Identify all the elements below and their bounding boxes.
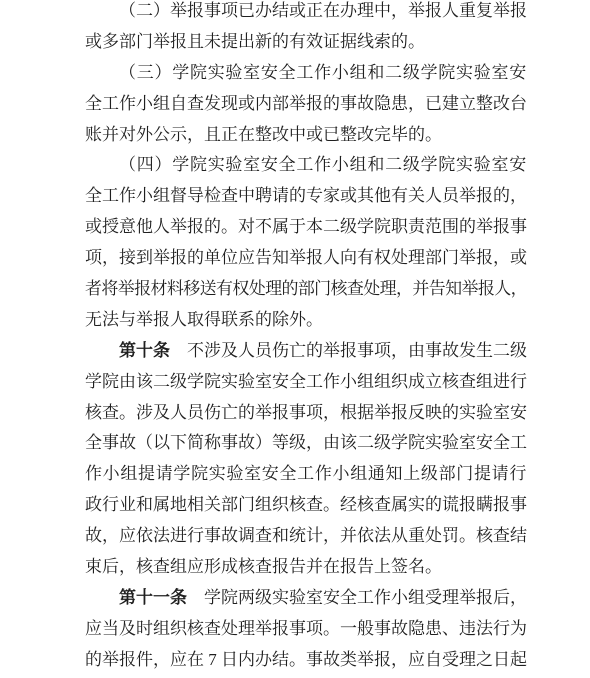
line-runs: 第十条 不涉及人员伤亡的举报事项，由事故发生二级 bbox=[119, 341, 527, 360]
text-line: 学院由该二级学院实验室安全工作小组组织成立核查组进行 bbox=[85, 367, 527, 398]
text-run: 学院两级实验室安全工作小组受理举报后， bbox=[187, 588, 527, 607]
text-line: 者将举报材料移送有权处理的部门核查处理，并告知举报人， bbox=[85, 274, 527, 305]
text-line: 全工作小组自查发现或内部举报的事故隐患，已建立整改台 bbox=[85, 89, 527, 120]
text-run: 项，接到举报的单位应告知举报人向有权处理部门举报，或 bbox=[85, 248, 527, 267]
line-runs: 全工作小组督导检查中聘请的专家或其他有关人员举报的， bbox=[85, 186, 527, 205]
line-runs: 学院由该二级学院实验室安全工作小组组织成立核查组进行 bbox=[85, 372, 527, 391]
line-runs: 或多部门举报且未提出新的有效证据线索的。 bbox=[85, 32, 425, 51]
text-run: （四）学院实验室安全工作小组和二级学院实验室安 bbox=[119, 155, 527, 174]
line-runs: 应当及时组织核查处理举报事项。一般事故隐患、违法行为 bbox=[85, 619, 527, 638]
text-run: 的举报件，应在 7 日内办结。事故类举报，应自受理之日起 bbox=[85, 650, 527, 669]
text-run: 作小组提请学院实验室安全工作小组通知上级部门提请行 bbox=[85, 464, 527, 483]
article-number: 第十一条 bbox=[119, 588, 187, 607]
line-runs: 的举报件，应在 7 日内办结。事故类举报，应自受理之日起 bbox=[85, 650, 527, 669]
text-run: 核查。涉及人员伤亡的举报事项，根据举报反映的实验室安 bbox=[85, 403, 527, 422]
document-page: （二）举报事项已办结或正在办理中，举报人重复举报或多部门举报且未提出新的有效证据… bbox=[0, 0, 590, 678]
text-line: 或授意他人举报的。对不属于本二级学院职责范围的举报事 bbox=[85, 212, 527, 243]
line-runs: （二）举报事项已办结或正在办理中，举报人重复举报 bbox=[119, 1, 527, 20]
line-runs: 束后，核查组应形成核查报告并在报告上签名。 bbox=[85, 557, 442, 576]
text-line: 账并对外公示，且正在整改中或已整改完毕的。 bbox=[85, 120, 527, 151]
line-runs: （三）学院实验室安全工作小组和二级学院实验室安 bbox=[119, 63, 527, 82]
line-runs: 者将举报材料移送有权处理的部门核查处理，并告知举报人， bbox=[85, 279, 527, 298]
text-run: 应当及时组织核查处理举报事项。一般事故隐患、违法行为 bbox=[85, 619, 527, 638]
text-line: 或多部门举报且未提出新的有效证据线索的。 bbox=[85, 27, 527, 58]
text-line: 第十一条 学院两级实验室安全工作小组受理举报后， bbox=[85, 583, 527, 614]
text-run: 束后，核查组应形成核查报告并在报告上签名。 bbox=[85, 557, 442, 576]
text-line: 核查。涉及人员伤亡的举报事项，根据举报反映的实验室安 bbox=[85, 398, 527, 429]
text-line: 全事故（以下简称事故）等级，由该二级学院实验室安全工 bbox=[85, 428, 527, 459]
line-runs: 全事故（以下简称事故）等级，由该二级学院实验室安全工 bbox=[85, 433, 527, 452]
document-body: （二）举报事项已办结或正在办理中，举报人重复举报或多部门举报且未提出新的有效证据… bbox=[85, 0, 527, 676]
line-runs: 或授意他人举报的。对不属于本二级学院职责范围的举报事 bbox=[85, 217, 527, 236]
text-run: 或授意他人举报的。对不属于本二级学院职责范围的举报事 bbox=[85, 217, 527, 236]
text-run: 者将举报材料移送有权处理的部门核查处理，并告知举报人， bbox=[85, 279, 527, 298]
text-run: 全事故（以下简称事故）等级，由该二级学院实验室安全工 bbox=[85, 433, 527, 452]
text-line: 作小组提请学院实验室安全工作小组通知上级部门提请行 bbox=[85, 459, 527, 490]
text-line: 的举报件，应在 7 日内办结。事故类举报，应自受理之日起 bbox=[85, 645, 527, 676]
text-line: 第十条 不涉及人员伤亡的举报事项，由事故发生二级 bbox=[85, 336, 527, 367]
text-run: （二）举报事项已办结或正在办理中，举报人重复举报 bbox=[119, 1, 527, 20]
line-runs: 全工作小组自查发现或内部举报的事故隐患，已建立整改台 bbox=[85, 94, 527, 113]
line-runs: 故，应依法进行事故调查和统计，并依法从重处罚。核查结 bbox=[85, 526, 527, 545]
text-run: 学院由该二级学院实验室安全工作小组组织成立核查组进行 bbox=[85, 372, 527, 391]
line-runs: 政行业和属地相关部门组织核查。经核查属实的谎报瞒报事 bbox=[85, 495, 527, 514]
line-runs: 核查。涉及人员伤亡的举报事项，根据举报反映的实验室安 bbox=[85, 403, 527, 422]
line-runs: 项，接到举报的单位应告知举报人向有权处理部门举报，或 bbox=[85, 248, 527, 267]
text-run: 无法与举报人取得联系的除外。 bbox=[85, 310, 323, 329]
text-line: 应当及时组织核查处理举报事项。一般事故隐患、违法行为 bbox=[85, 614, 527, 645]
text-line: 全工作小组督导检查中聘请的专家或其他有关人员举报的， bbox=[85, 181, 527, 212]
text-run: 或多部门举报且未提出新的有效证据线索的。 bbox=[85, 32, 425, 51]
line-runs: 作小组提请学院实验室安全工作小组通知上级部门提请行 bbox=[85, 464, 527, 483]
text-run: 全工作小组督导检查中聘请的专家或其他有关人员举报的， bbox=[85, 186, 527, 205]
text-line: 政行业和属地相关部门组织核查。经核查属实的谎报瞒报事 bbox=[85, 490, 527, 521]
text-run: 故，应依法进行事故调查和统计，并依法从重处罚。核查结 bbox=[85, 526, 527, 545]
text-line: （四）学院实验室安全工作小组和二级学院实验室安 bbox=[85, 150, 527, 181]
text-line: 故，应依法进行事故调查和统计，并依法从重处罚。核查结 bbox=[85, 521, 527, 552]
line-runs: 第十一条 学院两级实验室安全工作小组受理举报后， bbox=[119, 588, 527, 607]
text-run: 账并对外公示，且正在整改中或已整改完毕的。 bbox=[85, 125, 442, 144]
article-number: 第十条 bbox=[119, 341, 170, 360]
text-line: （三）学院实验室安全工作小组和二级学院实验室安 bbox=[85, 58, 527, 89]
text-line: 项，接到举报的单位应告知举报人向有权处理部门举报，或 bbox=[85, 243, 527, 274]
line-runs: 无法与举报人取得联系的除外。 bbox=[85, 310, 323, 329]
text-line: 无法与举报人取得联系的除外。 bbox=[85, 305, 527, 336]
line-runs: 账并对外公示，且正在整改中或已整改完毕的。 bbox=[85, 125, 442, 144]
text-run: 不涉及人员伤亡的举报事项，由事故发生二级 bbox=[170, 341, 527, 360]
text-run: 政行业和属地相关部门组织核查。经核查属实的谎报瞒报事 bbox=[85, 495, 527, 514]
text-line: 束后，核查组应形成核查报告并在报告上签名。 bbox=[85, 552, 527, 583]
text-run: （三）学院实验室安全工作小组和二级学院实验室安 bbox=[119, 63, 527, 82]
line-runs: （四）学院实验室安全工作小组和二级学院实验室安 bbox=[119, 155, 527, 174]
text-run: 全工作小组自查发现或内部举报的事故隐患，已建立整改台 bbox=[85, 94, 527, 113]
text-line: （二）举报事项已办结或正在办理中，举报人重复举报 bbox=[85, 0, 527, 27]
